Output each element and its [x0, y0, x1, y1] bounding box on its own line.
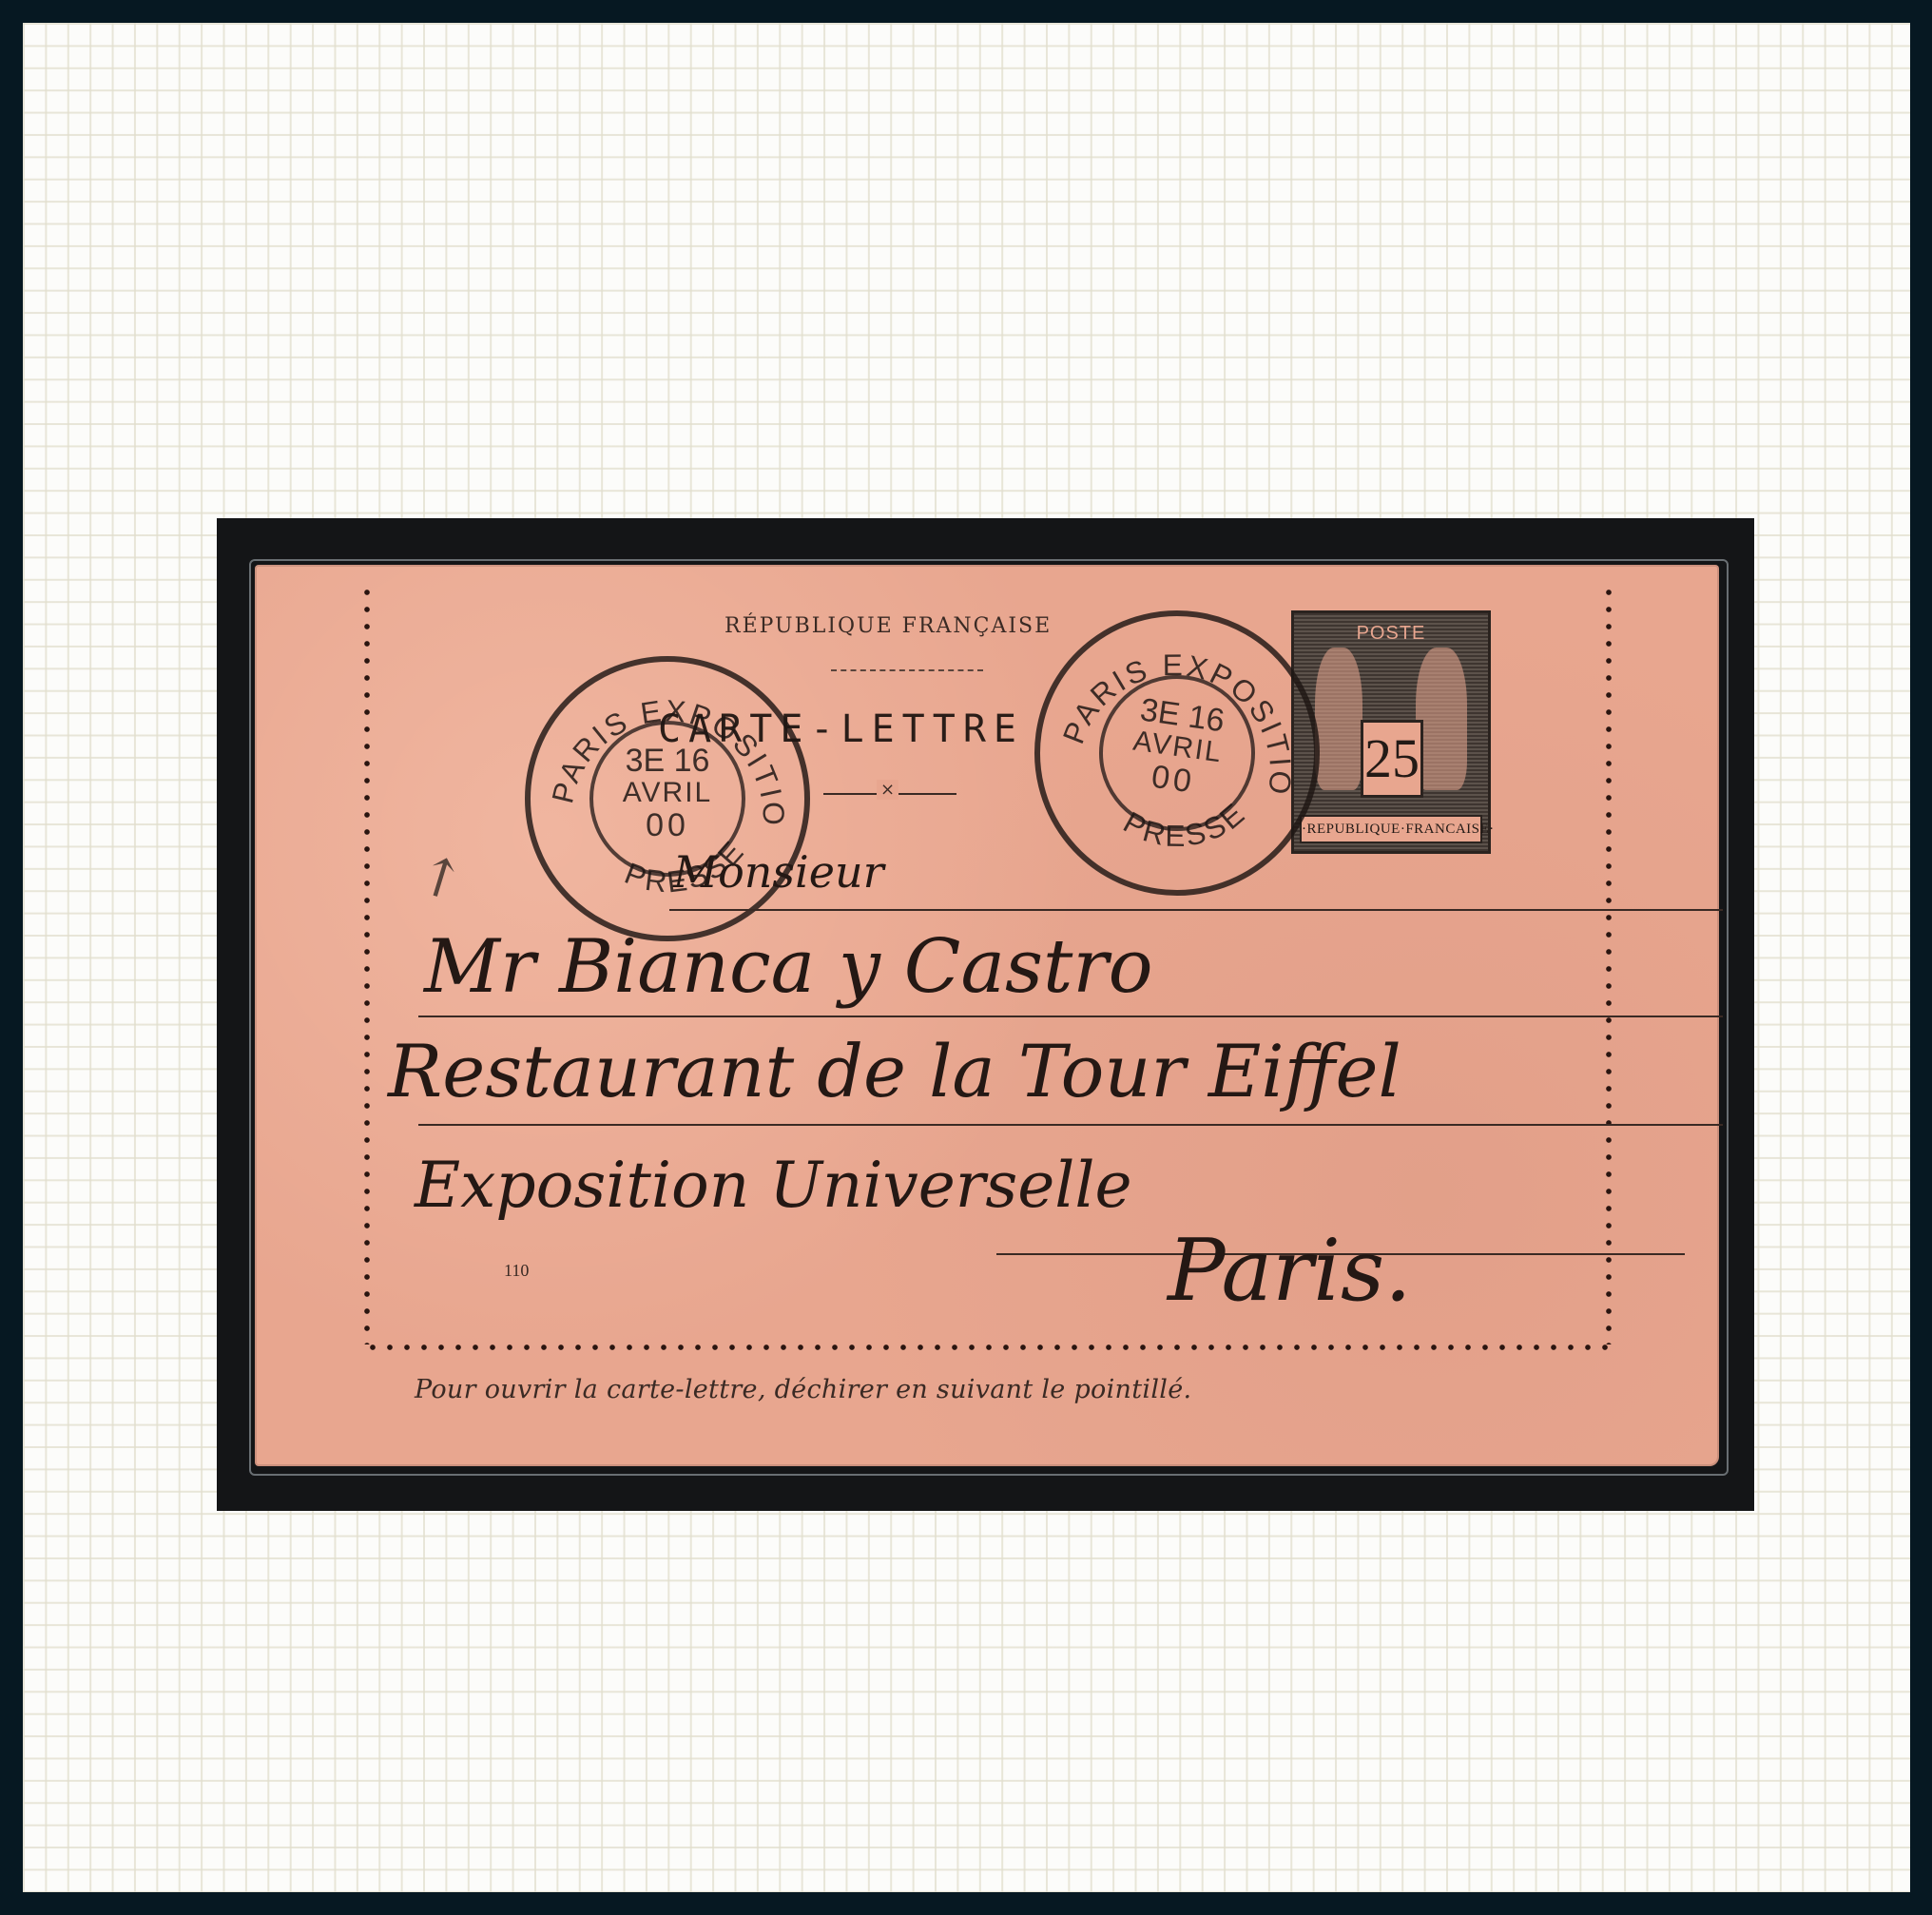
- address-line-3: Exposition Universelle: [415, 1149, 1132, 1222]
- carte-lettre-card: RÉPUBLIQUE FRANÇAISE CARTE-LETTRE ⨯ POST…: [255, 565, 1719, 1466]
- stamp-value: 25: [1361, 720, 1423, 798]
- address-rule-3: [418, 1124, 1723, 1126]
- address-name: Mr Bianca y Castro: [424, 924, 1153, 1010]
- perforation-left: [364, 584, 370, 1344]
- allegory-figure-commerce-icon: [1416, 648, 1467, 790]
- postmark-right: PARIS EXPOSITION PRESSE 3E 16 AVRIL 00: [1016, 592, 1339, 915]
- header-republique: RÉPUBLIQUE FRANÇAISE: [724, 614, 1052, 638]
- ornament-icon: ⨯: [877, 780, 898, 800]
- header-rule: [831, 669, 983, 671]
- perforation-right: [1606, 584, 1612, 1344]
- address-city: Paris.: [1168, 1221, 1412, 1321]
- arrow-mark-icon: ↗: [406, 840, 474, 915]
- address-line-2: Restaurant de la Tour Eiffel: [388, 1029, 1401, 1113]
- postmark-year: 00: [593, 808, 742, 842]
- postmark-time: 3E: [626, 743, 666, 779]
- perforation-bottom: [364, 1344, 1612, 1350]
- postmark-month: AVRIL: [593, 778, 742, 808]
- address-rule-1: [669, 909, 1723, 911]
- address-rule-2: [418, 1016, 1723, 1017]
- stamp-country-label: ·REPUBLIQUE·FRANCAISE·: [1300, 815, 1482, 843]
- postmark-left: PARIS EXPOSITION PRESSE 3E 16 AVRIL 00: [525, 656, 810, 941]
- postmark-day: 16: [674, 743, 710, 779]
- opening-instructions: Pour ouvrir la carte-lettre, déchirer en…: [415, 1375, 1191, 1404]
- print-number: 110: [504, 1261, 529, 1281]
- address-salutation: Monsieur: [673, 846, 884, 898]
- ornament-rule: ⨯: [823, 789, 956, 799]
